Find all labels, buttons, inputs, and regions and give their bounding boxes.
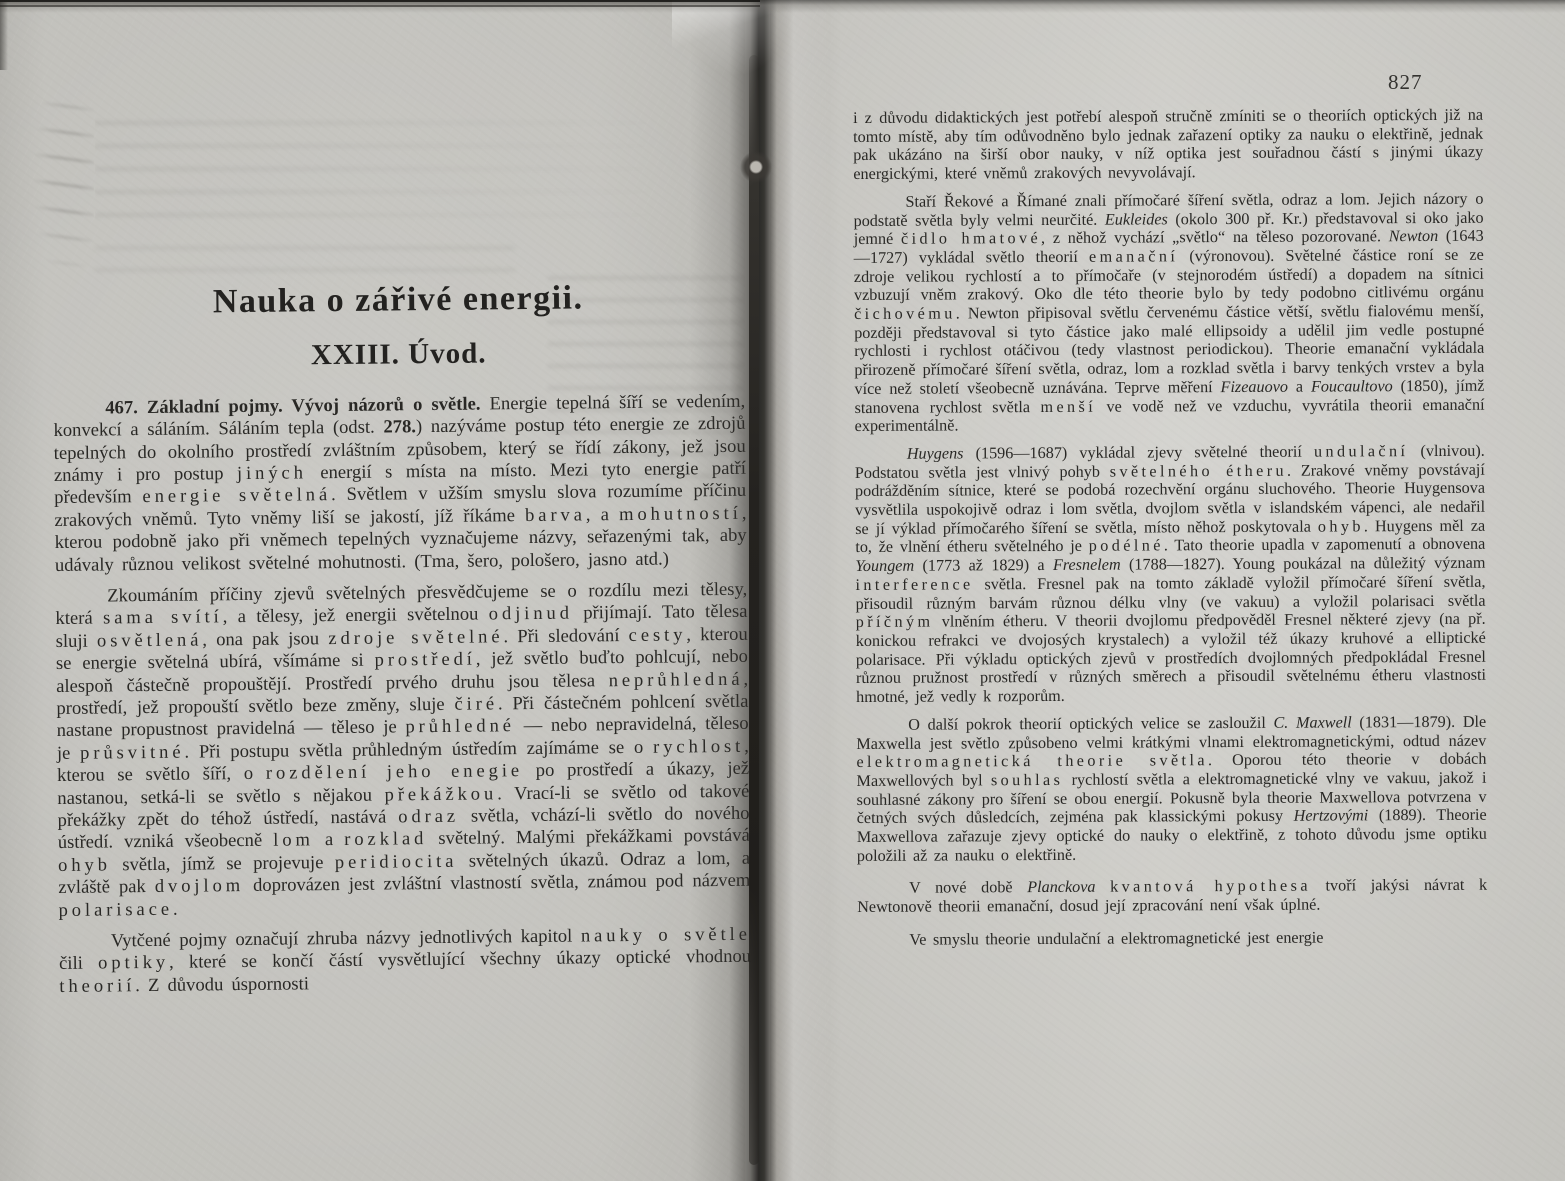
left-page: Nauka o zářivé energii. XXIII. Úvod. 467… bbox=[0, 0, 745, 1181]
text-segment: C. Maxwell bbox=[1273, 713, 1351, 731]
text-segment: mohutností bbox=[619, 503, 742, 525]
text-segment: . Z důvodu úspornosti bbox=[135, 973, 309, 996]
text-segment: polarisace bbox=[58, 898, 173, 920]
text-segment: cesty bbox=[629, 624, 687, 646]
paragraph: Huygens (1596—1687) vykládal zjevy světe… bbox=[855, 442, 1486, 707]
text-segment: . bbox=[173, 898, 178, 919]
text-segment: 278. bbox=[383, 416, 416, 437]
text-segment: lom bbox=[273, 830, 314, 851]
paragraph: 467. Základní pojmy. Vývoj názorů o svět… bbox=[53, 390, 747, 576]
text-segment: ohyb bbox=[58, 854, 111, 876]
text-segment: . Tato theorie upadla v zapomenutí a obn… bbox=[1164, 535, 1486, 555]
text-segment: osvětlená bbox=[97, 629, 203, 651]
text-segment: kvantová hypothesa bbox=[1110, 877, 1311, 896]
text-segment: dvojlom bbox=[155, 875, 245, 897]
text-segment: , ona pak jsou bbox=[202, 628, 328, 650]
paragraph: Vytčené pojmy označují zhruba názvy jedn… bbox=[59, 924, 752, 998]
text-segment: prostředí bbox=[374, 649, 475, 671]
text-segment: (1788—1827). Young poukázal na důležitý … bbox=[1121, 554, 1486, 574]
bleedthrough-text-ghost bbox=[95, 112, 680, 232]
text-segment: theorií bbox=[59, 975, 135, 997]
page-number: 827 bbox=[1388, 70, 1423, 95]
text-segment: průsvitné bbox=[80, 741, 185, 763]
text-segment: odjinud bbox=[489, 603, 573, 625]
text-segment: Hertzovými bbox=[1294, 807, 1369, 825]
text-segment: . Při sledování bbox=[503, 625, 628, 647]
text-segment: podélné bbox=[1089, 537, 1164, 555]
text-segment: čichovému bbox=[854, 304, 956, 323]
text-segment: O další pokrok theorií optických velice … bbox=[908, 714, 1273, 734]
text-segment: Eukleides bbox=[1105, 210, 1168, 228]
text-segment: (1773 až 1829) a bbox=[914, 556, 1053, 575]
text-segment: i z důvodu didaktických jest potřebí ale… bbox=[853, 106, 1483, 183]
margin-scribble-ghost bbox=[28, 95, 94, 270]
text-segment: Planckova bbox=[1027, 878, 1095, 896]
text-segment: Foucaultovo bbox=[1311, 377, 1393, 395]
bleedthrough-text-ghost bbox=[95, 238, 515, 280]
text-segment: V nové době bbox=[909, 879, 1027, 898]
text-segment: doprovázen jest zvláštní vlastností svět… bbox=[244, 870, 750, 896]
text-segment: barva bbox=[525, 504, 586, 526]
text-segment: 467. Základní pojmy. Vývoj názorů o svět… bbox=[105, 393, 480, 418]
text-segment: čili bbox=[59, 953, 98, 974]
text-segment: emanační bbox=[1089, 247, 1178, 265]
text-segment: Vytčené pojmy označují zhruba názvy jedn… bbox=[111, 926, 581, 952]
text-segment: , z něhož vychází „světlo“ na těleso poz… bbox=[1041, 227, 1389, 247]
text-segment: rychlost bbox=[653, 736, 744, 758]
text-segment: nauky o světle bbox=[581, 924, 751, 947]
text-segment: zdroje světelné bbox=[328, 626, 503, 649]
text-segment: , které se končí částí vysvětlující všec… bbox=[169, 946, 751, 973]
text-segment: rozdělení jeho enegie bbox=[266, 760, 523, 784]
text-segment: Fizeauovo bbox=[1220, 378, 1288, 396]
text-segment: peridiocita bbox=[335, 851, 458, 873]
text-segment: optiky bbox=[98, 952, 169, 974]
paragraph: Ve smyslu theorie undulační a elektromag… bbox=[857, 928, 1487, 950]
right-page: 827 i z důvodu didaktických jest potřebí… bbox=[770, 0, 1565, 1181]
text-segment: souhlas bbox=[991, 771, 1063, 789]
text-segment: světla, jímž se projevuje bbox=[111, 852, 335, 875]
text-segment: čidlo hmatové bbox=[901, 229, 1041, 248]
text-segment: vlněním étheru. V theorii dvojlomu předp… bbox=[856, 610, 1486, 706]
text-segment: Fresnelem bbox=[1053, 556, 1121, 574]
text-segment: neprůhledná bbox=[609, 668, 744, 690]
text-segment: menší bbox=[1040, 397, 1096, 415]
text-segment: Ve smyslu theorie undulační a elektromag… bbox=[909, 928, 1323, 948]
text-segment: průhledné bbox=[405, 716, 515, 738]
text-segment: a bbox=[314, 829, 345, 850]
chapter-heading: XXIII. Úvod. bbox=[53, 334, 745, 374]
text-segment: Youngem bbox=[855, 557, 914, 575]
text-segment: interference bbox=[855, 575, 973, 594]
text-segment: světelný. Malými překážkami povstává bbox=[427, 825, 750, 849]
text-segment: rozklad bbox=[344, 829, 427, 851]
right-page-content: i z důvodu didaktických jest potřebí ale… bbox=[853, 106, 1487, 959]
section-title: Nauka o zářivé energii. bbox=[52, 279, 744, 323]
text-segment: příčným bbox=[856, 613, 934, 631]
text-segment: , a bbox=[586, 504, 619, 525]
text-segment: , a tělesy, jež energii světelnou bbox=[223, 604, 489, 628]
paragraph: Zkoumáním příčiny zjevů světelných přesv… bbox=[55, 579, 750, 922]
text-segment bbox=[1095, 878, 1110, 896]
paragraph: Staří Řekové a Římané znali přímočaré ší… bbox=[853, 190, 1484, 436]
text-segment: ohyb bbox=[1318, 517, 1364, 535]
text-segment: (1596—1687) vykládal zjevy světelné theo… bbox=[963, 443, 1314, 463]
text-segment: a bbox=[1288, 377, 1311, 395]
paragraph: O další pokrok theorií optických velice … bbox=[856, 712, 1487, 865]
paragraph: V nové době Planckova kvantová hypothesa… bbox=[857, 876, 1487, 917]
text-segment: energie světelná bbox=[142, 484, 331, 507]
left-page-content: Nauka o zářivé energii. XXIII. Úvod. 467… bbox=[52, 279, 752, 1007]
paragraph: i z důvodu didaktických jest potřebí ale… bbox=[853, 106, 1483, 184]
text-segment: elektromagnetická theorie světla bbox=[856, 751, 1208, 771]
text-segment: čiré bbox=[454, 693, 498, 714]
text-segment: . Při postupu světla průhledným ústředím… bbox=[184, 737, 653, 763]
text-segment: undulační bbox=[1314, 442, 1409, 460]
text-segment: Huygens bbox=[907, 444, 964, 462]
text-segment: sama svítí bbox=[103, 607, 223, 629]
text-segment: odraz bbox=[398, 806, 459, 828]
text-segment: Newton bbox=[1389, 227, 1439, 245]
book-scan: Nauka o zářivé energii. XXIII. Úvod. 467… bbox=[0, 0, 1565, 1181]
text-segment: světelného étheru bbox=[1110, 461, 1287, 480]
text-segment: překážkou bbox=[384, 783, 497, 805]
text-segment: jiných bbox=[237, 462, 307, 484]
